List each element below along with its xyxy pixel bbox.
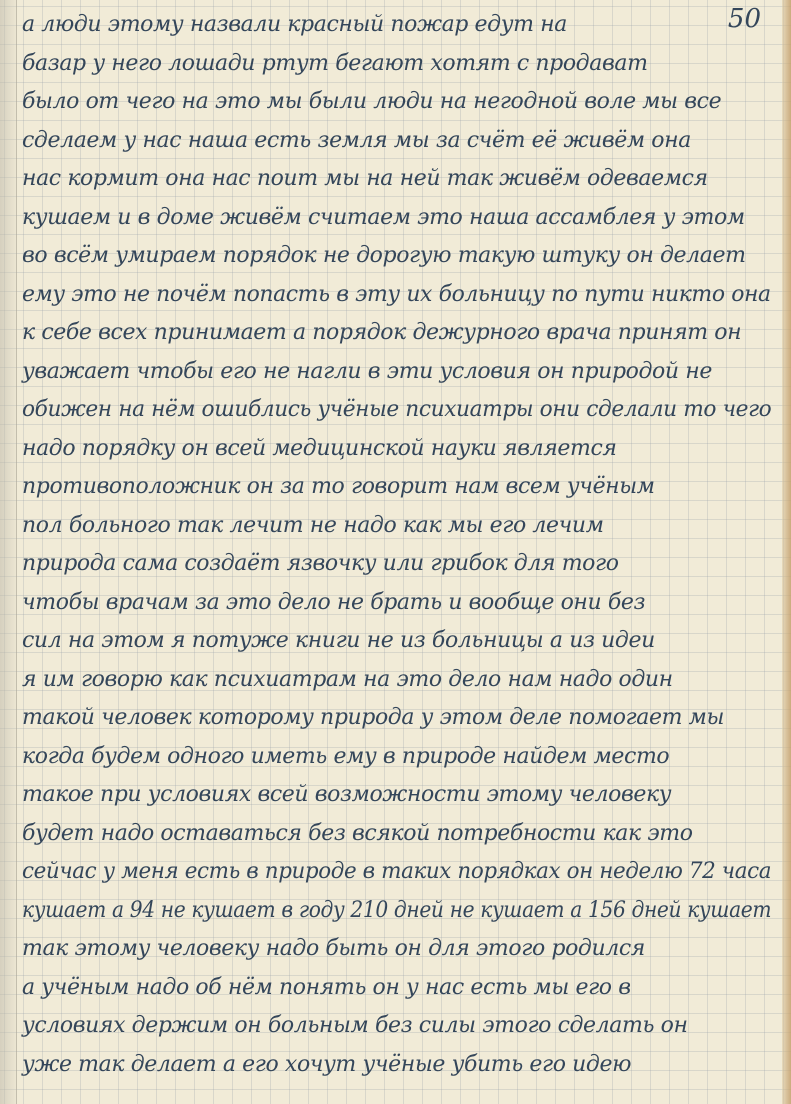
page-edge (782, 0, 791, 1104)
handwritten-text: а люди этому назвали красный пожар едут … (22, 6, 771, 1084)
text-line: будет надо оставаться без всякой потребн… (22, 815, 771, 854)
text-line: к себе всех принимает а порядок дежурног… (22, 314, 771, 353)
text-line: когда будем одного иметь ему в природе н… (22, 738, 771, 777)
text-line: базар у него лошади ртут бегают хотят с … (22, 45, 771, 84)
notebook-binding (0, 0, 17, 1104)
text-line: кушает а 94 не кушает в году 210 дней не… (22, 892, 710, 931)
text-line: а учёным надо об нём понять он у нас ест… (22, 969, 771, 1008)
text-line: чтобы врачам за это дело не брать и вооб… (22, 584, 771, 623)
text-line: пол больного так лечит не надо как мы ег… (22, 507, 771, 546)
text-line: условиях держим он больным без силы этог… (22, 1007, 771, 1046)
text-line: я им говорю как психиатрам на это дело н… (22, 661, 771, 700)
text-line: такой человек которому природа у этом де… (22, 699, 771, 738)
notebook-page: 50 а люди этому назвали красный пожар ед… (0, 0, 791, 1104)
text-line: обижен на нём ошиблись учёные психиатры … (22, 391, 761, 430)
text-line: природа сама создаёт язвочку или грибок … (22, 545, 771, 584)
text-line: противоположник он за то говорит нам все… (22, 468, 771, 507)
text-line: уже так делает а его хочут учёные убить … (22, 1046, 771, 1085)
text-line: сил на этом я потуже книги не из больниц… (22, 622, 771, 661)
text-line: было от чего на это мы были люди на него… (22, 83, 771, 122)
text-line: сейчас у меня есть в природе в таких пор… (22, 853, 752, 892)
text-line: уважает чтобы его не нагли в эти условия… (22, 353, 771, 392)
text-line: сделаем у нас наша есть земля мы за счёт… (22, 122, 771, 161)
text-line: кушаем и в доме живём считаем это наша а… (22, 199, 771, 238)
text-line: надо порядку он всей медицинской науки я… (22, 430, 771, 469)
text-line: а люди этому назвали красный пожар едут … (22, 6, 771, 45)
text-line: ему это не почём попасть в эту их больни… (22, 276, 769, 315)
text-line: так этому человеку надо быть он для этог… (22, 930, 771, 969)
text-line: нас кормит она нас поит мы на ней так жи… (22, 160, 771, 199)
text-line: такое при условиях всей возможности этом… (22, 776, 771, 815)
text-line: во всём умираем порядок не дорогую такую… (22, 237, 771, 276)
